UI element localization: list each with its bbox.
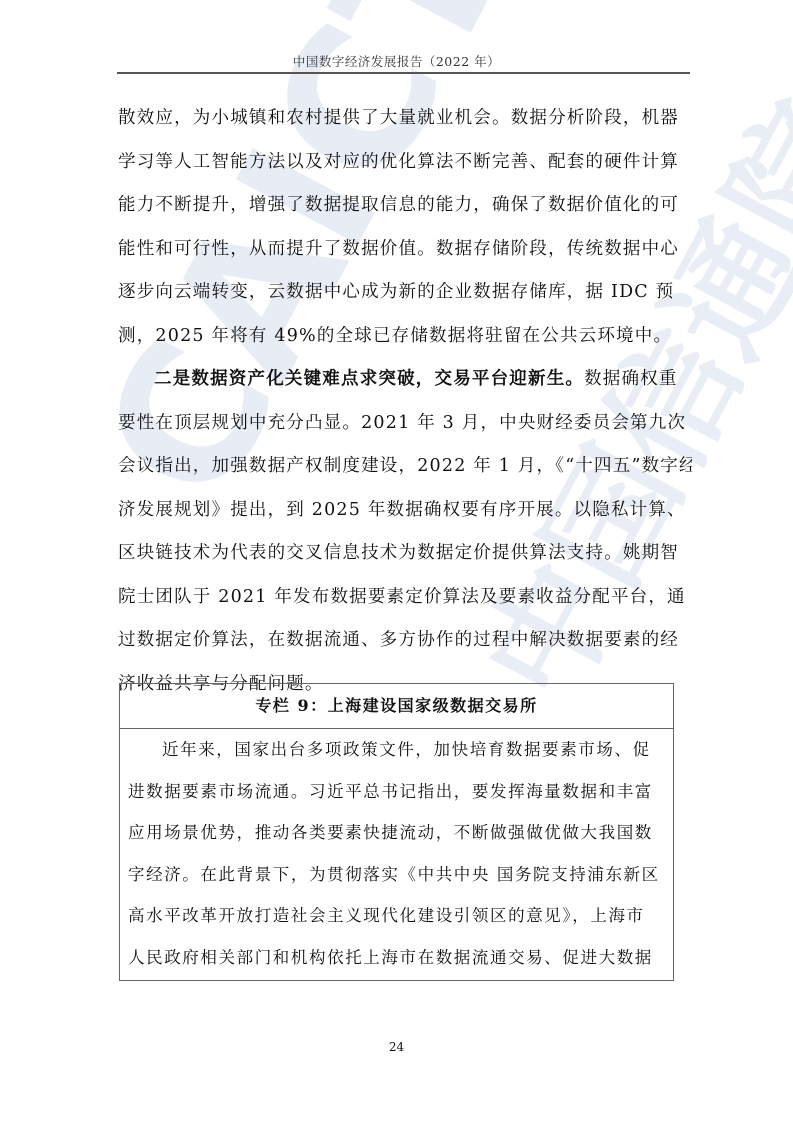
text-line: 逐步向云端转变，云数据中心成为新的企业数据存储库，据 IDC 预 — [118, 271, 692, 315]
text-line: 人民政府相关部门和机构依托上海市在数据流通交易、促进大数据 — [128, 937, 665, 979]
text-line: 字经济。在此背景下，为贯彻落实《中共中央 国务院支持浦东新区 — [128, 854, 665, 896]
text-line: 济发展规划》提出，到 2025 年数据确权要有序开展。以隐私计算、 — [118, 489, 692, 533]
page-number: 24 — [0, 1040, 793, 1054]
paragraph-data-stages: 散效应，为小城镇和农村提供了大量就业机会。数据分析阶段，机器 学习等人工智能方法… — [118, 97, 692, 358]
text-span: 数据确权重 — [584, 369, 678, 389]
bold-lead-sentence: 二是数据资产化关键难点求突破，交易平台迎新生。 — [154, 369, 584, 389]
sidebar-box-column-9: 专栏 9：上海建设国家级数据交易所 近年来，国家出台多项政策文件，加快培育数据要… — [119, 683, 674, 981]
text-line: 院士团队于 2021 年发布数据要素定价算法及要素收益分配平台，通 — [118, 576, 692, 620]
text-line: 测，2025 年将有 49%的全球已存储数据将驻留在公共云环境中。 — [118, 315, 692, 359]
text-line: 近年来，国家出台多项政策文件，加快培育数据要素市场、促 — [128, 729, 665, 771]
text-line: 会议指出，加强数据产权制度建设，2022 年 1 月，《“十四五”数字经 — [118, 445, 692, 489]
text-line: 散效应，为小城镇和农村提供了大量就业机会。数据分析阶段，机器 — [118, 97, 692, 141]
text-line: 能力不断提升，增强了数据提取信息的能力，确保了数据价值化的可 — [118, 184, 692, 228]
text-line: 过数据定价算法，在数据流通、多方协作的过程中解决数据要素的经 — [118, 619, 692, 663]
box-body: 近年来，国家出台多项政策文件，加快培育数据要素市场、促 进数据要素市场流通。习近… — [120, 729, 673, 978]
document-page: CAICT 中国信通院 中国数字经济发展报告（2022 年） 散效应，为小城镇和… — [0, 0, 793, 1122]
text-line: 进数据要素市场流通。习近平总书记指出，要发挥海量数据和丰富 — [128, 771, 665, 813]
running-header: 中国数字经济发展报告（2022 年） — [0, 52, 793, 70]
text-line: 应用场景优势，推动各类要素快捷流动，不断做强做优做大我国数 — [128, 812, 665, 854]
text-line: 要性在顶层规划中充分凸显。2021 年 3 月，中央财经委员会第九次 — [118, 402, 692, 446]
text-line: 区块链技术为代表的交叉信息技术为数据定价提供算法支持。姚期智 — [118, 532, 692, 576]
box-title: 专栏 9：上海建设国家级数据交易所 — [120, 684, 673, 729]
header-rule — [117, 72, 690, 74]
text-line: 学习等人工智能方法以及对应的优化算法不断完善、配套的硬件计算 — [118, 141, 692, 185]
text-line: 二是数据资产化关键难点求突破，交易平台迎新生。数据确权重 — [118, 358, 692, 402]
text-line: 能性和可行性，从而提升了数据价值。数据存储阶段，传统数据中心 — [118, 228, 692, 272]
paragraph-data-assetization: 二是数据资产化关键难点求突破，交易平台迎新生。数据确权重 要性在顶层规划中充分凸… — [118, 358, 692, 706]
text-line: 高水平改革开放打造社会主义现代化建设引领区的意见》，上海市 — [128, 895, 665, 937]
